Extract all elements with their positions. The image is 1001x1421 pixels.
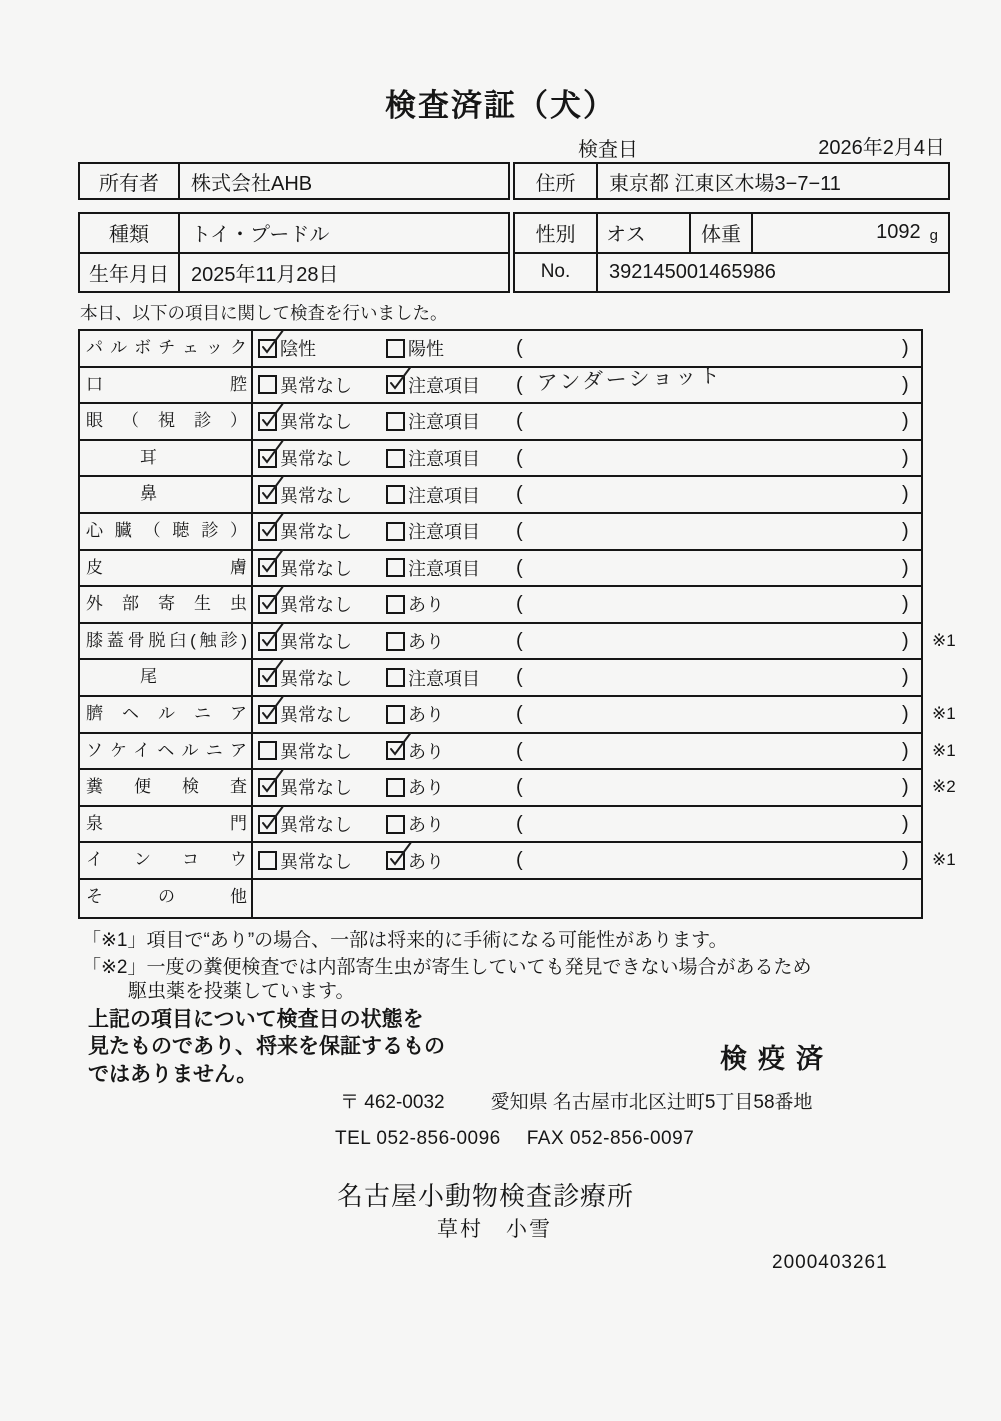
checklist-item-label: 糞便検査	[80, 770, 253, 805]
checkbox-option: 異常なし	[258, 697, 352, 732]
check-mark-icon	[384, 838, 415, 869]
checkbox-option: 異常なし	[258, 368, 352, 403]
remark-paren-open: (	[516, 807, 523, 842]
checkbox	[258, 485, 277, 504]
check-mark-icon	[256, 619, 287, 650]
remark-paren-open: (	[516, 331, 523, 366]
checkbox-option: あり	[386, 807, 444, 842]
checkbox-label: 注意項目	[408, 408, 480, 434]
remark-paren-close: )	[902, 770, 909, 805]
remark-paren-close: )	[902, 404, 909, 439]
checkbox-label: 異常なし	[280, 774, 352, 800]
disclaimer: 上記の項目について検査日の状態を 見たものであり、将来を保証するもの ではありま…	[88, 1006, 445, 1088]
checkbox-option: 異常なし	[258, 404, 352, 439]
checkbox	[258, 522, 277, 541]
handwritten-note: アンダーショット	[536, 358, 723, 402]
remark-paren-open: (	[516, 441, 523, 476]
checklist-row: 眼（視診）異常なし注意項目()	[80, 404, 921, 441]
quarantine-stamp: 検疫済	[720, 1037, 834, 1076]
checklist-item-label: 皮膚	[80, 551, 253, 586]
checkbox	[386, 412, 405, 431]
footnote-marker: ※1	[932, 734, 956, 769]
checkbox-option: 注意項目	[386, 441, 480, 476]
inspection-date-label: 検査日	[578, 133, 638, 162]
checkbox-label: あり	[408, 811, 444, 837]
document-number: 2000403261	[772, 1252, 888, 1274]
checkbox	[386, 558, 405, 577]
checklist-item-content: 異常なしあり()	[253, 770, 921, 805]
remark-paren-close: )	[902, 807, 909, 842]
checklist-row: 耳異常なし注意項目()	[80, 441, 921, 478]
checklist-item-content: 異常なし注意項目()	[253, 660, 921, 695]
remark-paren-open: (	[516, 770, 523, 805]
checkbox-label: あり	[408, 591, 444, 617]
check-mark-icon	[384, 728, 415, 759]
checklist-item-label: 膝蓋骨脱臼(触診)	[80, 624, 253, 659]
checkbox-label: あり	[408, 701, 444, 727]
checklist-item-label: 心臓（聴診）	[80, 514, 253, 549]
checklist-row: 尾異常なし注意項目()	[80, 660, 921, 697]
checklist-item-content: 異常なし注意項目()	[253, 514, 921, 549]
checkbox-option: 注意項目	[386, 477, 480, 512]
footnote-marker: ※1	[932, 624, 956, 659]
weight-value: 1092 g	[753, 214, 948, 252]
checklist-item-label: 眼（視診）	[80, 404, 253, 439]
checkbox-option: 注意項目	[386, 368, 480, 403]
checklist-item-label: 鼻	[80, 477, 253, 512]
owner-label: 所有者	[80, 164, 180, 198]
checkbox-option: あり	[386, 734, 444, 769]
remark-paren-close: )	[902, 477, 909, 512]
remark-paren-open: (	[516, 660, 523, 695]
clinic-name: 名古屋小動物検査診療所	[337, 1176, 634, 1213]
checklist-item-label: ソケイヘルニア	[80, 734, 253, 769]
checklist-item-label: 口腔	[80, 368, 253, 403]
checkbox-label: あり	[408, 774, 444, 800]
checkbox	[258, 595, 277, 614]
remark-paren-open: (	[516, 368, 523, 403]
remark-paren-open: (	[516, 514, 523, 549]
checkbox-option: 異常なし	[258, 660, 352, 695]
footnote-1: 「※1」項目で“あり”の場合、一部は将来的に手術になる可能性があります。	[82, 925, 728, 952]
tel-fax-line: TEL 052-856-0096FAX 052-856-0097	[335, 1128, 694, 1150]
page-title: 検査済証（犬）	[0, 80, 1001, 125]
checkbox	[386, 449, 405, 468]
checkbox	[258, 705, 277, 724]
sex-label: 性別	[515, 214, 598, 252]
checkbox	[258, 851, 277, 870]
checklist-row: 鼻異常なし注意項目()	[80, 477, 921, 514]
checklist-item-label: 泉門	[80, 807, 253, 842]
checkbox-label: 異常なし	[280, 848, 352, 874]
checkbox-label: 異常なし	[280, 811, 352, 837]
birthdate-value: 2025年11月28日	[180, 254, 508, 292]
checkbox-option: 異常なし	[258, 807, 352, 842]
check-mark-icon	[256, 655, 287, 686]
checklist-item-label: 尾	[80, 660, 253, 695]
checkbox-option: 注意項目	[386, 404, 480, 439]
checklist-item-content: 陰性陽性()	[253, 331, 921, 366]
checkbox-label: 異常なし	[280, 628, 352, 654]
checkbox-option: あり	[386, 770, 444, 805]
checklist-item-label: 耳	[80, 441, 253, 476]
checkbox-option: 異常なし	[258, 770, 352, 805]
checklist-row: パルボチェック陰性陽性()	[80, 331, 921, 368]
checklist-item-label: 臍ヘルニア	[80, 697, 253, 732]
certificate-page: 検査済証（犬） 検査日 2026年2月4日 所有者 株式会社AHB 住所 東京都…	[0, 0, 1001, 1421]
remark-paren-open: (	[516, 734, 523, 769]
checklist-row: 糞便検査異常なしあり()※2	[80, 770, 921, 807]
checklist-row: 心臓（聴診）異常なし注意項目()	[80, 514, 921, 551]
checkbox	[386, 339, 405, 358]
checkbox-option: あり	[386, 587, 444, 622]
checkbox-label: 異常なし	[280, 482, 352, 508]
remark-paren-close: )	[902, 441, 909, 476]
remark-paren-close: )	[902, 331, 909, 366]
checkbox-label: 異常なし	[280, 408, 352, 434]
footnote-marker: ※1	[932, 697, 956, 732]
weight-number: 1092	[876, 221, 921, 244]
checkbox	[386, 632, 405, 651]
checklist-item-label: インコウ	[80, 843, 253, 878]
footnote-2-line1: 「※2」一度の糞便検査では内部寄生虫が寄生していても発見できない場合があるため	[82, 952, 812, 979]
checkbox	[258, 449, 277, 468]
checkbox	[386, 778, 405, 797]
check-mark-icon	[256, 472, 287, 503]
checklist-row: 外部寄生虫異常なしあり()	[80, 587, 921, 624]
address-label: 住所	[515, 164, 598, 198]
checkbox	[258, 412, 277, 431]
breed-value: トイ・プードル	[180, 214, 508, 252]
checkbox-label: 注意項目	[408, 372, 480, 398]
checkbox-option: 異常なし	[258, 587, 352, 622]
checkbox-option: あり	[386, 697, 444, 732]
checkbox	[258, 668, 277, 687]
animal-left-box: 種類 トイ・プードル 生年月日 2025年11月28日	[78, 212, 510, 293]
checkbox-option: 異常なし	[258, 514, 352, 549]
checkbox-label: 注意項目	[408, 555, 480, 581]
owner-box: 所有者 株式会社AHB	[78, 162, 510, 200]
checkbox-label: 異常なし	[280, 665, 352, 691]
remark-paren-close: )	[902, 514, 909, 549]
remark-paren-open: (	[516, 404, 523, 439]
checklist-item-content: 異常なしあり()	[253, 843, 921, 878]
checkbox-option: あり	[386, 624, 444, 659]
checklist-item-content: 異常なし注意項目()	[253, 404, 921, 439]
checkbox-option: 陰性	[258, 331, 316, 366]
checklist-item-content	[253, 880, 921, 917]
weight-unit: g	[930, 227, 938, 244]
checkbox-option: 陽性	[386, 331, 444, 366]
check-mark-icon	[256, 326, 287, 357]
examiner-name: 草村 小雪	[437, 1213, 552, 1243]
checklist-intro: 本日、以下の項目に関して検査を行いました。	[80, 300, 448, 325]
checkbox	[386, 851, 405, 870]
checkbox-label: 異常なし	[280, 445, 352, 471]
checklist-item-label: その他	[80, 880, 253, 917]
checklist-item-content: 異常なしあり()	[253, 587, 921, 622]
checklist-row: 膝蓋骨脱臼(触診)異常なしあり()※1	[80, 624, 921, 661]
owner-value: 株式会社AHB	[180, 164, 508, 198]
postal-code: 〒 462-0032	[340, 1092, 445, 1113]
checkbox	[386, 741, 405, 760]
checkbox-option: 注意項目	[386, 514, 480, 549]
remark-paren-open: (	[516, 843, 523, 878]
check-mark-icon	[256, 545, 287, 576]
checkbox-label: あり	[408, 628, 444, 654]
checklist-item-content: 異常なし注意項目()	[253, 441, 921, 476]
checkbox-option: 異常なし	[258, 624, 352, 659]
fax-number: FAX 052-856-0097	[527, 1128, 695, 1149]
checkbox-option: 注意項目	[386, 660, 480, 695]
checkbox-option: あり	[386, 843, 444, 878]
checkbox-label: 注意項目	[408, 445, 480, 471]
checklist-row: インコウ異常なしあり()※1	[80, 843, 921, 880]
number-value: 392145001465986	[598, 254, 948, 292]
checkbox-label: 注意項目	[408, 665, 480, 691]
remark-paren-close: )	[902, 697, 909, 732]
checkbox-option: 異常なし	[258, 477, 352, 512]
tel-number: TEL 052-856-0096	[335, 1128, 501, 1149]
footnote-marker: ※2	[932, 770, 956, 805]
check-mark-icon	[256, 436, 287, 467]
number-label: No.	[515, 254, 598, 292]
footnote-marker: ※1	[932, 843, 956, 878]
checklist-item-content: 異常なしあり()	[253, 697, 921, 732]
checkbox-option: 異常なし	[258, 734, 352, 769]
remark-paren-open: (	[516, 477, 523, 512]
disclaimer-line: 見たものであり、将来を保証するもの	[88, 1033, 445, 1060]
remark-paren-close: )	[902, 551, 909, 586]
check-mark-icon	[256, 399, 287, 430]
checkbox-label: 異常なし	[280, 372, 352, 398]
checkbox	[386, 815, 405, 834]
checkbox-label: 異常なし	[280, 555, 352, 581]
check-mark-icon	[256, 802, 287, 833]
checklist-row: 臍ヘルニア異常なしあり()※1	[80, 697, 921, 734]
remark-paren-close: )	[902, 660, 909, 695]
footnote-2-line2: 駆虫薬を投薬しています。	[128, 976, 354, 1003]
sex-value: オス	[598, 214, 691, 252]
checkbox	[258, 632, 277, 651]
checklist-item-content: 異常なし注意項目()	[253, 477, 921, 512]
checkbox-label: 異常なし	[280, 701, 352, 727]
check-mark-icon	[256, 692, 287, 723]
address-box: 住所 東京都 江東区木場3−7−11	[513, 162, 950, 200]
breed-label: 種類	[80, 214, 180, 252]
checkbox	[258, 741, 277, 760]
checkbox-label: 異常なし	[280, 518, 352, 544]
checkbox-option: 異常なし	[258, 441, 352, 476]
remark-paren-close: )	[902, 368, 909, 403]
checkbox-label: 異常なし	[280, 738, 352, 764]
disclaimer-line: 上記の項目について検査日の状態を	[88, 1006, 445, 1033]
check-mark-icon	[384, 362, 415, 393]
remark-paren-close: )	[902, 843, 909, 878]
weight-label: 体重	[691, 214, 753, 252]
checklist-item-content: 異常なしあり()	[253, 734, 921, 769]
checkbox-label: 陽性	[408, 335, 444, 361]
checkbox	[386, 522, 405, 541]
remark-paren-open: (	[516, 624, 523, 659]
checklist-item-content: 異常なしあり()	[253, 807, 921, 842]
checkbox	[386, 485, 405, 504]
remark-paren-open: (	[516, 551, 523, 586]
checklist-item-content: 異常なしあり()	[253, 624, 921, 659]
checkbox-label: 注意項目	[408, 482, 480, 508]
checklist-row: 皮膚異常なし注意項目()	[80, 551, 921, 588]
checklist-item-label: パルボチェック	[80, 331, 253, 366]
checkbox	[386, 595, 405, 614]
postal-address-line: 〒 462-0032愛知県 名古屋市北区辻町5丁目58番地	[340, 1087, 813, 1114]
checklist-table: パルボチェック陰性陽性()口腔異常なし注意項目(アンダーショット)眼（視診）異常…	[78, 329, 923, 919]
birthdate-label: 生年月日	[80, 254, 180, 292]
checklist-row: ソケイヘルニア異常なしあり()※1	[80, 734, 921, 771]
checkbox-option: 異常なし	[258, 843, 352, 878]
checkbox	[258, 815, 277, 834]
checkbox	[386, 668, 405, 687]
checklist-item-content: 異常なし注意項目()	[253, 551, 921, 586]
checkbox-label: 注意項目	[408, 518, 480, 544]
checkbox	[258, 339, 277, 358]
check-mark-icon	[256, 582, 287, 613]
checklist-row: 口腔異常なし注意項目(アンダーショット)	[80, 368, 921, 405]
checklist-row: 泉門異常なしあり()	[80, 807, 921, 844]
checklist-item-label: 外部寄生虫	[80, 587, 253, 622]
checkbox-label: 異常なし	[280, 591, 352, 617]
clinic-address: 愛知県 名古屋市北区辻町5丁目58番地	[491, 1092, 813, 1113]
checkbox	[386, 375, 405, 394]
checkbox-option: 注意項目	[386, 551, 480, 586]
disclaimer-line: ではありません。	[88, 1061, 445, 1088]
check-mark-icon	[256, 765, 287, 796]
checkbox-option: 異常なし	[258, 551, 352, 586]
inspection-date-value: 2026年2月4日	[745, 131, 945, 160]
checkbox	[258, 778, 277, 797]
checkbox	[258, 375, 277, 394]
checklist-row: その他	[80, 880, 921, 917]
remark-paren-close: )	[902, 624, 909, 659]
remark-paren-close: )	[902, 734, 909, 769]
address-value: 東京都 江東区木場3−7−11	[598, 164, 948, 198]
checklist-item-content: 異常なし注意項目(アンダーショット)	[253, 368, 921, 403]
remark-paren-open: (	[516, 697, 523, 732]
check-mark-icon	[256, 509, 287, 540]
remark-paren-open: (	[516, 587, 523, 622]
checkbox	[386, 705, 405, 724]
remark-paren-close: )	[902, 587, 909, 622]
animal-right-box: 性別 オス 体重 1092 g No. 392145001465986	[513, 212, 950, 293]
checkbox	[258, 558, 277, 577]
